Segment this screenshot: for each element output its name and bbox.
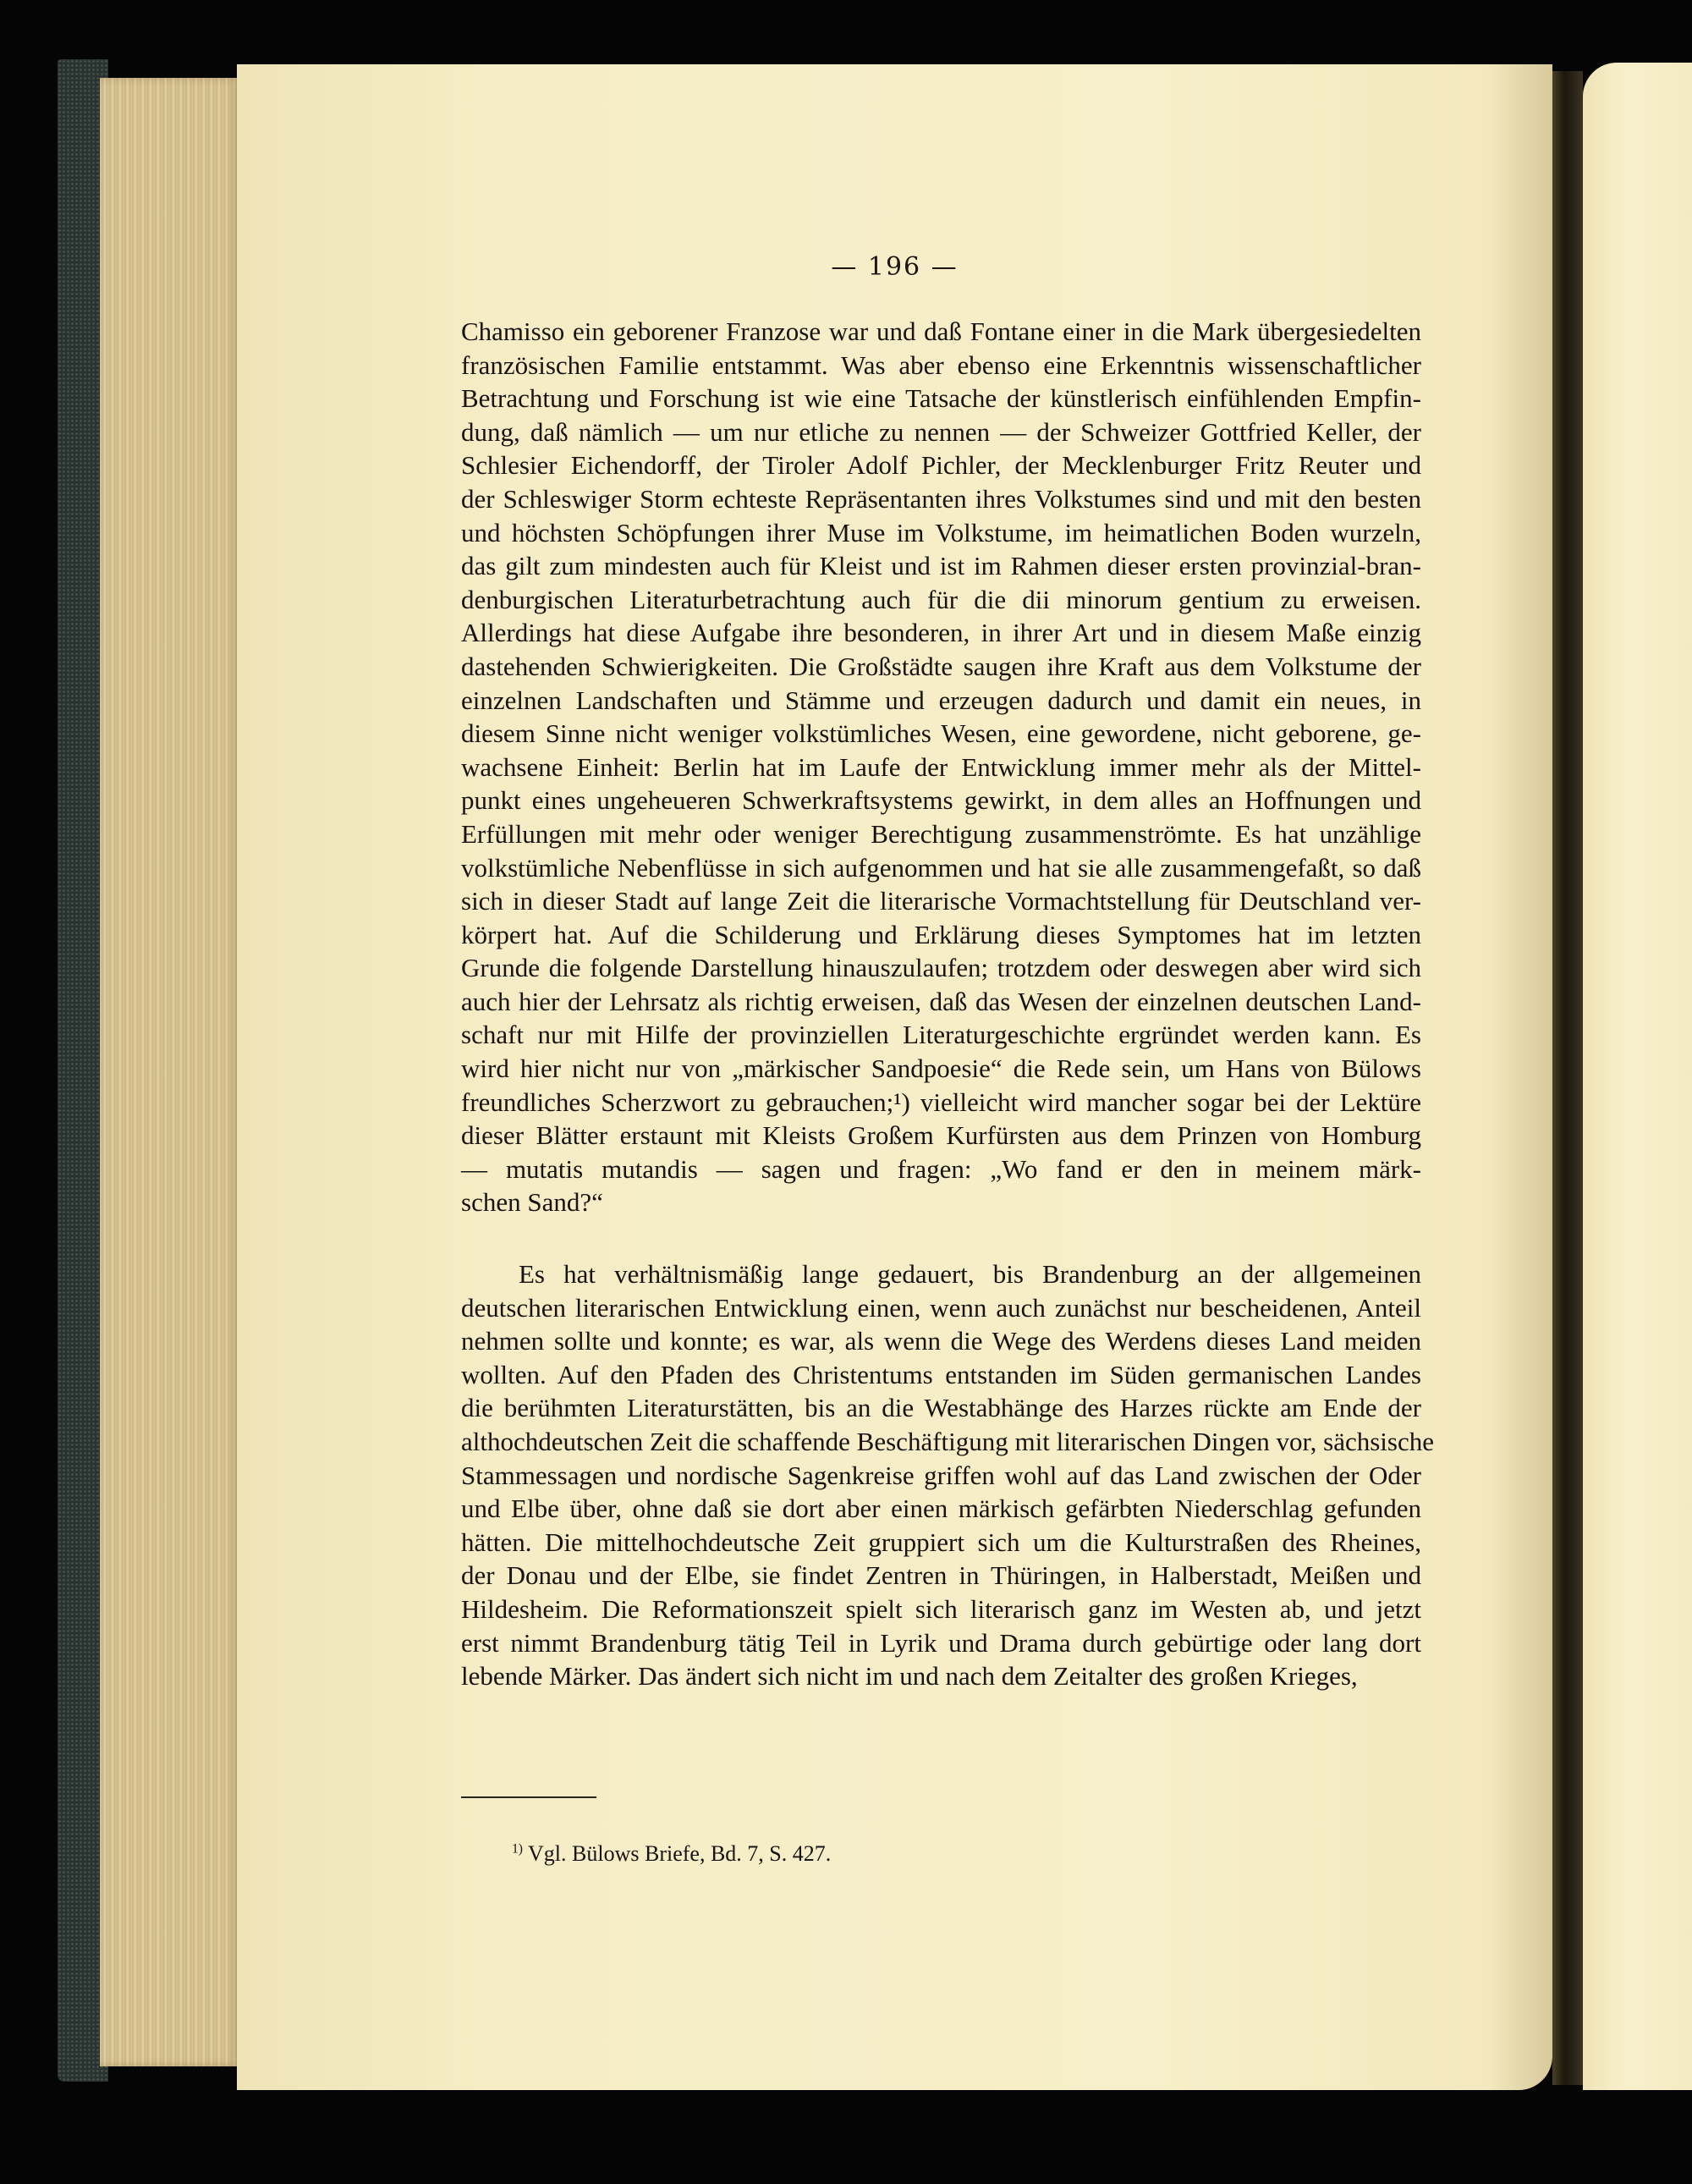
- text-line: wollten. Auf den Pfaden des Christentums…: [461, 1358, 1421, 1392]
- text-line: Es hat verhältnismäßig lange gedauert, b…: [461, 1257, 1421, 1291]
- text-line: Allerdings hat diese Aufgabe ihre besond…: [461, 616, 1421, 650]
- page-number: — 196 —: [237, 252, 1552, 282]
- text-line: punkt eines ungeheueren Schwerkraftsyste…: [461, 784, 1421, 817]
- footnote-text: Vgl. Bülows Briefe, Bd. 7, S. 427.: [528, 1841, 831, 1866]
- text-line: einzelnen Landschaften und Stämme und er…: [461, 684, 1421, 718]
- text-line: volkstümliche Nebenflüsse in sich aufgen…: [461, 851, 1421, 885]
- paragraph-1: Chamisso ein geborener Franzose war und …: [461, 315, 1421, 1219]
- text-line: der Schleswiger Storm echteste Repräsent…: [461, 482, 1421, 516]
- text-line: auch hier der Lehrsatz als richtig erwei…: [461, 985, 1421, 1019]
- text-line: hätten. Die mittelhochdeutsche Zeit grup…: [461, 1526, 1421, 1560]
- text-line: Schlesier Eichendorff, der Tiroler Adolf…: [461, 448, 1421, 482]
- text-line: denburgischen Literaturbetrachtung auch …: [461, 583, 1421, 617]
- text-line: Chamisso ein geborener Franzose war und …: [461, 315, 1421, 349]
- text-line: dung, daß nämlich — um nur etliche zu ne…: [461, 415, 1421, 449]
- text-line: — mutatis mutandis — sagen und fragen: „…: [461, 1153, 1421, 1186]
- paragraph-gap: [461, 1219, 1421, 1257]
- footnote-rule: [461, 1796, 596, 1798]
- text-line: schen Sand?“: [461, 1186, 1421, 1219]
- text-line: und höchsten Schöpfungen ihrer Muse im V…: [461, 516, 1421, 550]
- book-page: — 196 — Chamisso ein geborener Franzose …: [237, 64, 1552, 2090]
- text-line: wachsene Einheit: Berlin hat im Laufe de…: [461, 751, 1421, 784]
- text-line: deutschen literarischen Entwicklung eine…: [461, 1291, 1421, 1325]
- footnote-marker: 1): [512, 1841, 523, 1856]
- body-text: Chamisso ein geborener Franzose war und …: [461, 315, 1421, 1693]
- text-line: wird hier nicht nur von „märkischer Sand…: [461, 1052, 1421, 1086]
- text-line: erst nimmt Brandenburg tätig Teil in Lyr…: [461, 1626, 1421, 1660]
- text-line: lebende Märker. Das ändert sich nicht im…: [461, 1659, 1421, 1693]
- text-line: und Elbe über, ohne daß sie dort aber ei…: [461, 1492, 1421, 1526]
- text-line: das gilt zum mindesten auch für Kleist u…: [461, 549, 1421, 583]
- text-line: althochdeutschen Zeit die schaffende Bes…: [461, 1425, 1421, 1459]
- text-line: französischen Familie entstammt. Was abe…: [461, 349, 1421, 382]
- footnote: 1) Vgl. Bülows Briefe, Bd. 7, S. 427.: [512, 1841, 831, 1867]
- text-line: Grunde die folgende Darstellung hinauszu…: [461, 951, 1421, 985]
- text-line: dastehenden Schwierigkeiten. Die Großstä…: [461, 650, 1421, 684]
- text-line: Hildesheim. Die Reformationszeit spielt …: [461, 1593, 1421, 1626]
- text-line: freundliches Scherzwort zu gebrauchen;¹)…: [461, 1086, 1421, 1120]
- text-line: der Donau und der Elbe, sie findet Zentr…: [461, 1559, 1421, 1593]
- facing-page: [1583, 63, 1692, 2090]
- text-line: körpert hat. Auf die Schilderung und Erk…: [461, 918, 1421, 952]
- text-line: Erfüllungen mit mehr oder weniger Berech…: [461, 817, 1421, 851]
- paragraph-2: Es hat verhältnismäßig lange gedauert, b…: [461, 1257, 1421, 1693]
- text-line: Stammessagen und nordische Sagenkreise g…: [461, 1459, 1421, 1493]
- text-line: nehmen sollte und konnte; es war, als we…: [461, 1324, 1421, 1358]
- page-edges: [100, 78, 239, 2066]
- text-line: sich in dieser Stadt auf lange Zeit die …: [461, 884, 1421, 918]
- text-line: dieser Blätter erstaunt mit Kleists Groß…: [461, 1119, 1421, 1153]
- text-line: schaft nur mit Hilfe der provinziellen L…: [461, 1018, 1421, 1052]
- text-line: Betrachtung und Forschung ist wie eine T…: [461, 382, 1421, 415]
- book-gutter: [1552, 71, 1583, 2085]
- text-line: diesem Sinne nicht weniger volkstümliche…: [461, 717, 1421, 751]
- text-line: die berühmten Literaturstätten, bis an d…: [461, 1391, 1421, 1425]
